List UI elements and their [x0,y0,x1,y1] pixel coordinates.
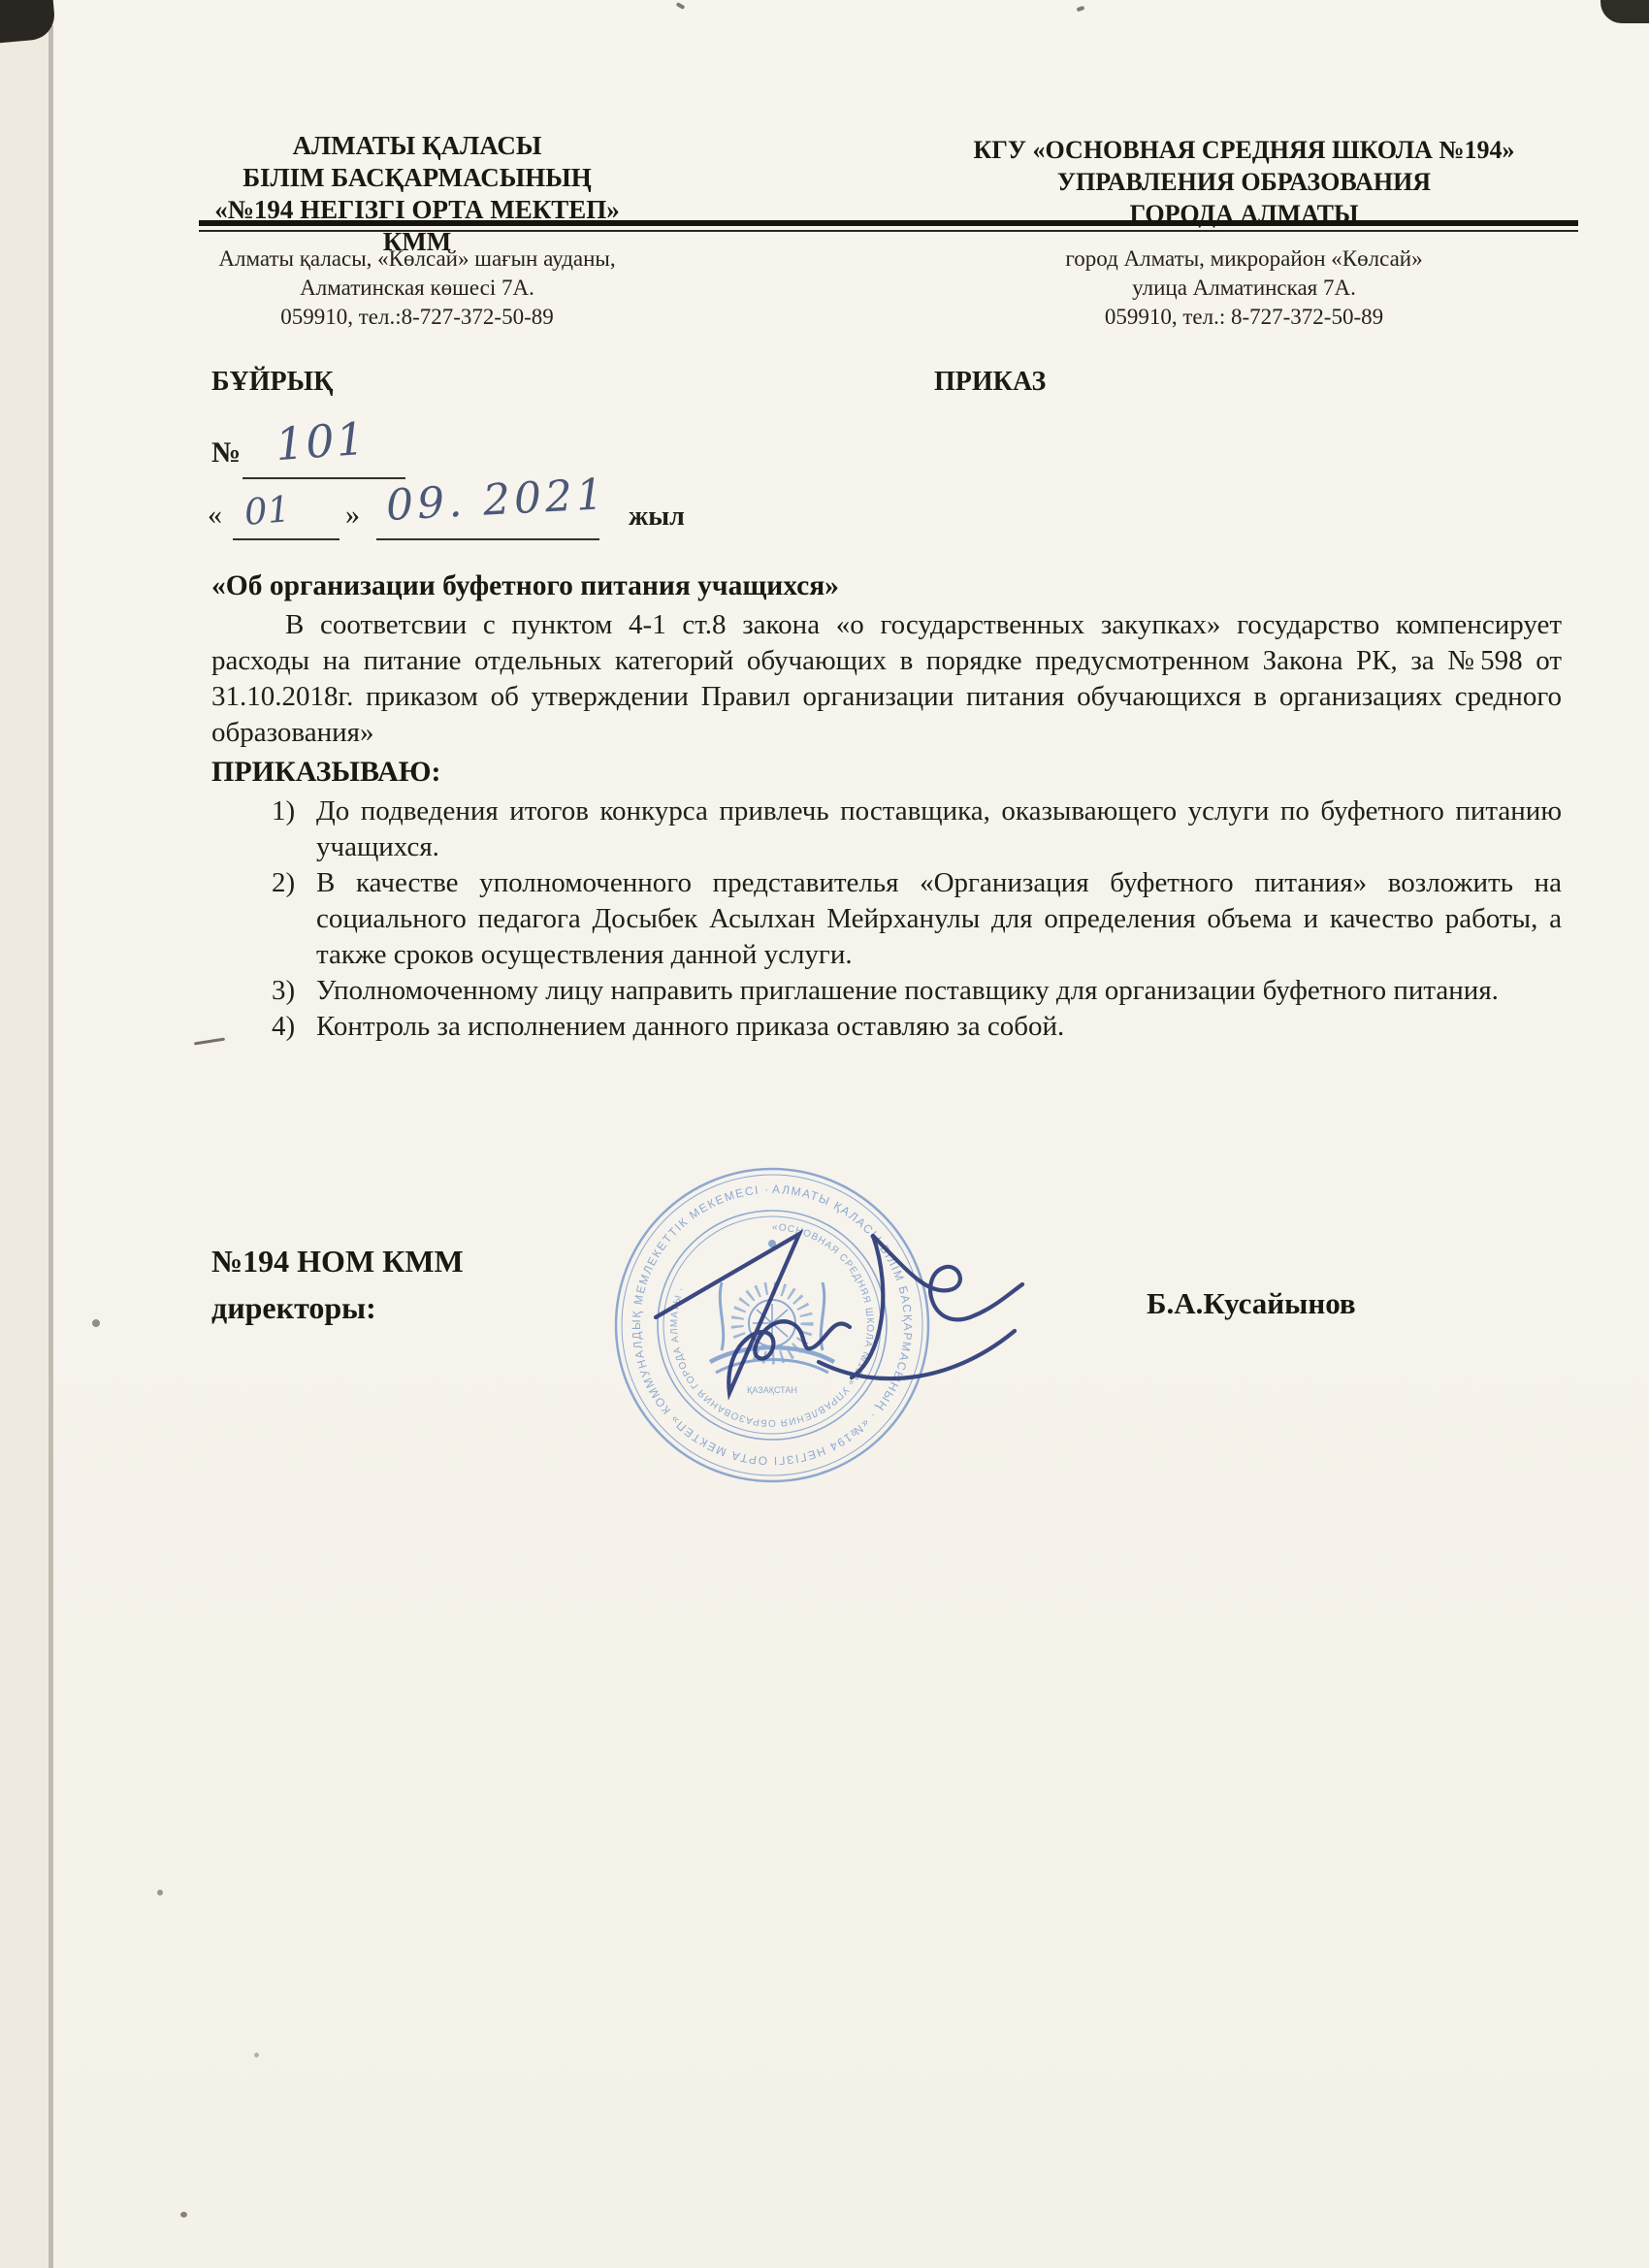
order-number-handwritten: 101 [274,412,368,470]
order-item-text: В качестве уполномоченного представитель… [316,865,1562,973]
noise-speck [1077,6,1085,12]
org-name-russian: КГУ «ОСНОВНАЯ СРЕДНЯЯ ШКОЛА №194» УПРАВЛ… [921,134,1567,230]
order-item-number: 2) [272,865,316,973]
order-item: 3) Уполномоченному лицу направить пригла… [211,973,1562,1009]
order-item-text: Контроль за исполнением данного приказа … [316,1009,1562,1045]
order-item: 1) До подведения итогов конкурса привлеч… [211,794,1562,865]
date-month-year-underline [376,538,599,540]
scanner-edge-band [0,0,48,2268]
order-item: 2) В качестве уполномоченного представит… [211,865,1562,973]
date-month-year-handwritten: 09. 2021 [385,470,608,531]
noise-speck [92,1319,100,1327]
order-item-number: 3) [272,973,316,1009]
order-number-underline [242,477,405,479]
order-item-number: 1) [272,794,316,865]
org-name-ru-line1: КГУ «ОСНОВНАЯ СРЕДНЯЯ ШКОЛА №194» [921,134,1567,166]
order-title: «Об организации буфетного питания учащих… [211,570,839,602]
scan-corner-mark-top-right [1600,0,1649,23]
signer-name: Б.А.Кусайынов [1147,1286,1356,1321]
address-russian: город Алматы, микрорайон «Көлсай» улица … [921,244,1567,332]
order-preamble-paragraph: В соответсвии с пунктом 4-1 ст.8 закона … [211,607,1562,751]
date-quote-close: » [345,499,360,532]
org-name-kazakh: АЛМАТЫ ҚАЛАСЫ БІЛІМ БАСҚАРМАСЫНЫҢ «№194 … [204,130,630,258]
scanned-order-document: АЛМАТЫ ҚАЛАСЫ БІЛІМ БАСҚАРМАСЫНЫҢ «№194 … [0,0,1649,2268]
address-ru-line1: город Алматы, микрорайон «Көлсай» [921,244,1567,274]
order-item-text: Уполномоченному лицу направить приглашен… [316,973,1562,1009]
noise-speck [157,1890,163,1895]
address-kk-line3: 059910, тел.:8-727-372-50-89 [204,303,630,332]
order-item: 4) Контроль за исполнением данного прика… [211,1009,1562,1045]
order-label-kazakh: БҰЙРЫҚ [211,367,333,398]
noise-speck [676,2,686,10]
order-item-text: До подведения итогов конкурса привлечь п… [316,794,1562,865]
order-number-sign: № [211,437,241,470]
date-day-handwritten: 01 [242,488,292,534]
address-ru-line2: улица Алматинская 7А. [921,274,1567,303]
signer-org-line2: директоры: [211,1284,464,1331]
signer-org-title: №194 НОМ КММ директоры: [211,1238,464,1331]
order-label-russian: ПРИКАЗ [934,367,1046,398]
org-name-ru-line2: УПРАВЛЕНИЯ ОБРАЗОВАНИЯ [921,166,1567,198]
signer-org-line1: №194 НОМ КММ [211,1238,464,1284]
resolution-word: ПРИКАЗЫВАЮ: [211,756,441,789]
date-year-word: жыл [629,502,685,533]
noise-speck [180,2212,187,2218]
address-kk-line1: Алматы қаласы, «Көлсай» шағын ауданы, [204,244,630,274]
letterhead-rule-thin [199,230,1578,232]
order-item-number: 4) [272,1009,316,1045]
scanner-edge-line [48,25,53,2268]
org-name-kk-line2: БІЛІМ БАСҚАРМАСЫНЫҢ [204,162,630,194]
letterhead-rule-thick [199,220,1578,226]
order-items-list: 1) До подведения итогов конкурса привлеч… [211,794,1562,1045]
address-ru-line3: 059910, тел.: 8-727-372-50-89 [921,303,1567,332]
date-quote-open: « [208,499,222,532]
org-name-kk-line1: АЛМАТЫ ҚАЛАСЫ [204,130,630,162]
date-day-underline [233,538,339,540]
address-kk-line2: Алматинская көшесі 7А. [204,274,630,303]
address-kazakh: Алматы қаласы, «Көлсай» шағын ауданы, Ал… [204,244,630,332]
noise-speck [254,2053,259,2057]
director-signature-scribble [629,1201,1046,1424]
